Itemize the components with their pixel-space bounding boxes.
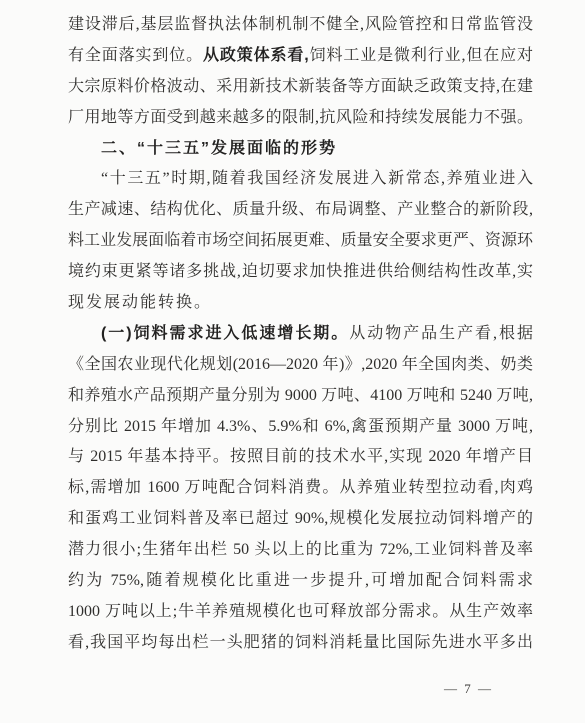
body-line: 和养殖水产品预期产量分别为 9000 万吨、4100 万吨和 5240 万吨, xyxy=(68,381,533,412)
body-text: 从动物产品生产看,根据 xyxy=(349,325,533,342)
body-line: 1000 万吨以上;牛羊养殖规模化也可释放部分需求。从生产效率 xyxy=(68,597,533,628)
body-text: 约为 75%,随着规模化比重进一步提升,可增加配合饲料需求 xyxy=(68,572,533,589)
body-line: 大宗原料价格波动、采用新技术新装备等方面缺乏政策支持,在建 xyxy=(68,72,533,103)
body-text: 和养殖水产品预期产量分别为 9000 万吨、4100 万吨和 5240 万吨, xyxy=(68,387,533,404)
body-line: 生产减速、结构优化、质量升级、布局调整、产业整合的新阶段,饲 xyxy=(68,195,533,226)
body-line: 看,我国平均每出栏一头肥猪的饲料消耗量比国际先进水平多出 xyxy=(68,628,533,659)
body-text: 《全国农业现代化规划(2016—2020 年)》,2020 年全国肉类、奶类 xyxy=(68,356,533,373)
body-text: 标,需增加 1600 万吨配合饲料消费。从养殖业转型拉动看,肉鸡 xyxy=(68,479,533,496)
body-line: 料工业发展面临着市场空间拓展更难、质量安全要求更严、资源环 xyxy=(68,226,533,257)
body-text: 潜力很小;生猪年出栏 50 头以上的比重为 72%,工业饲料普及率 xyxy=(68,541,533,558)
body-text: 饲料工业是微利行业,但在应对 xyxy=(309,47,533,64)
body-line: 厂用地等方面受到越来越多的限制,抗风险和持续发展能力不强。 xyxy=(68,103,533,134)
body-text: 建设滞后,基层监督执法体制机制不健全,风险管控和日常监管没 xyxy=(68,16,533,33)
page-number: — 7 — xyxy=(444,681,493,697)
emphasis-text: 二、“十三五”发展面临的形势 xyxy=(101,140,337,157)
section-heading: 二、“十三五”发展面临的形势 xyxy=(68,134,533,165)
body-text: 有全面落实到位。 xyxy=(68,47,203,64)
body-line: 和蛋鸡工业饲料普及率已超过 90%,规模化发展拉动饲料增产的 xyxy=(68,504,533,535)
body-line: 有全面落实到位。从政策体系看,饲料工业是微利行业,但在应对 xyxy=(68,41,533,72)
body-text: “十三五”时期,随着我国经济发展进入新常态,养殖业进入 xyxy=(101,170,533,187)
body-text: 1000 万吨以上;牛羊养殖规模化也可释放部分需求。从生产效率 xyxy=(68,603,533,620)
emphasis-text: (一)饲料需求进入低速增长期。 xyxy=(101,325,349,342)
body-line: 建设滞后,基层监督执法体制机制不健全,风险管控和日常监管没 xyxy=(68,10,533,41)
body-text: 现发展动能转换。 xyxy=(68,294,212,311)
body-text: 与 2015 年基本持平。按照目前的技术水平,实现 2020 年增产目 xyxy=(68,448,533,465)
body-line: 标,需增加 1600 万吨配合饲料消费。从养殖业转型拉动看,肉鸡 xyxy=(68,473,533,504)
body-line: 与 2015 年基本持平。按照目前的技术水平,实现 2020 年增产目 xyxy=(68,442,533,473)
body-text: 看,我国平均每出栏一头肥猪的饲料消耗量比国际先进水平多出 xyxy=(68,634,533,651)
document-body: 建设滞后,基层监督执法体制机制不健全,风险管控和日常监管没有全面落实到位。从政策… xyxy=(68,10,533,659)
emphasis-text: 从政策体系看, xyxy=(203,47,309,64)
body-text: 生产减速、结构优化、质量升级、布局调整、产业整合的新阶段,饲 xyxy=(68,201,533,226)
body-text: 境约束更紧等诸多挑战,迫切要求加快推进供给侧结构性改革,实 xyxy=(68,263,533,280)
body-text: 和蛋鸡工业饲料普及率已超过 90%,规模化发展拉动饲料增产的 xyxy=(68,510,533,527)
body-line: 现发展动能转换。 xyxy=(68,288,533,319)
body-line: 《全国农业现代化规划(2016—2020 年)》,2020 年全国肉类、奶类 xyxy=(68,350,533,381)
body-line: 潜力很小;生猪年出栏 50 头以上的比重为 72%,工业饲料普及率 xyxy=(68,535,533,566)
body-line: “十三五”时期,随着我国经济发展进入新常态,养殖业进入 xyxy=(68,164,533,195)
body-text: 分别比 2015 年增加 4.3%、5.9%和 6%,禽蛋预期产量 3000 万… xyxy=(68,418,533,435)
body-text: 厂用地等方面受到越来越多的限制,抗风险和持续发展能力不强。 xyxy=(68,109,533,126)
body-text: 料工业发展面临着市场空间拓展更难、质量安全要求更严、资源环 xyxy=(68,232,533,249)
body-line: 分别比 2015 年增加 4.3%、5.9%和 6%,禽蛋预期产量 3000 万… xyxy=(68,412,533,443)
document-page: 建设滞后,基层监督执法体制机制不健全,风险管控和日常监管没有全面落实到位。从政策… xyxy=(0,0,585,723)
body-text: 大宗原料价格波动、采用新技术新装备等方面缺乏政策支持,在建 xyxy=(68,78,533,95)
body-line: 境约束更紧等诸多挑战,迫切要求加快推进供给侧结构性改革,实 xyxy=(68,257,533,288)
body-line: 约为 75%,随着规模化比重进一步提升,可增加配合饲料需求 xyxy=(68,566,533,597)
subsection-heading-line: (一)饲料需求进入低速增长期。从动物产品生产看,根据 xyxy=(68,319,533,350)
